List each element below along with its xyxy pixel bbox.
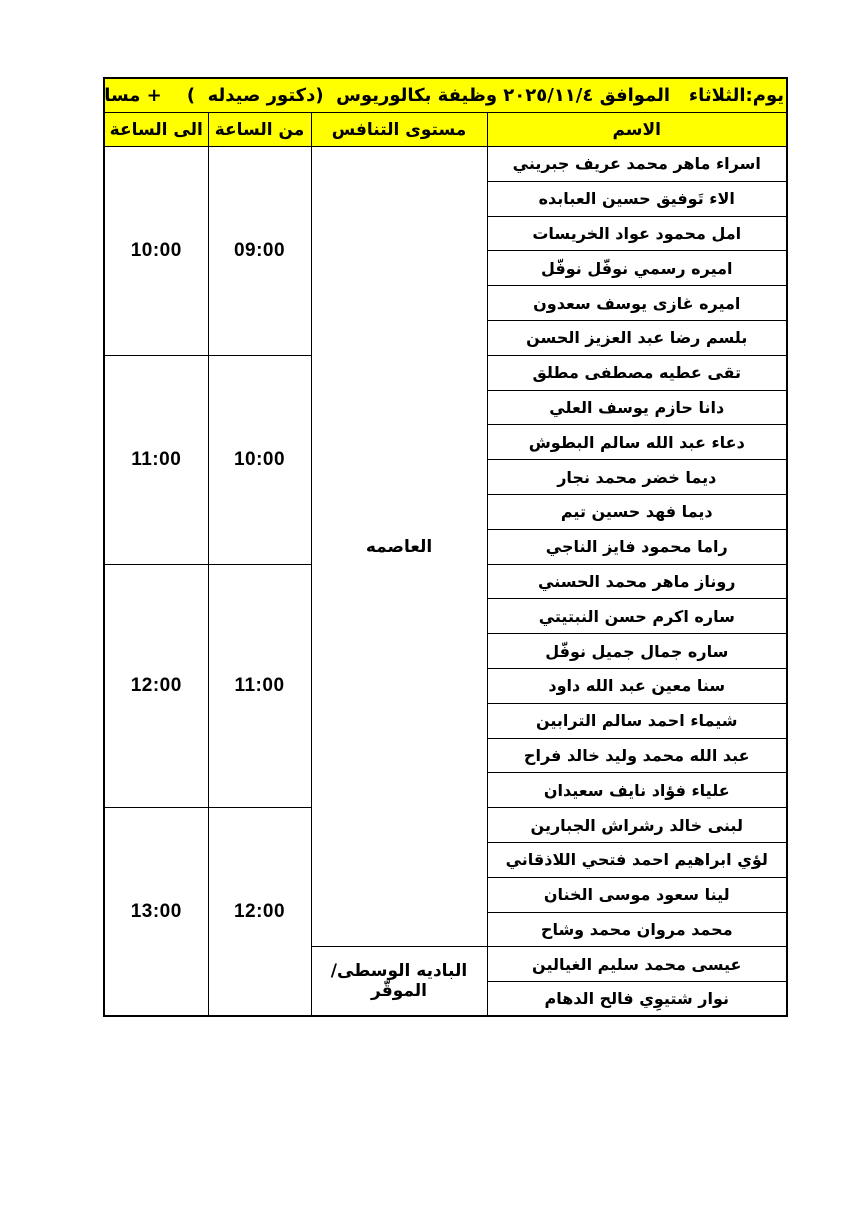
- name-cell: دانا حازم يوسف العلي: [487, 390, 787, 425]
- name-cell: محمد مروان محمد وشاح: [487, 912, 787, 947]
- table-row: اسراء ماهر محمد عريف جبريني العاصمه 09:0…: [104, 147, 787, 182]
- name-cell: ديما فهد حسين تيم: [487, 494, 787, 529]
- time-from-cell: 12:00: [208, 808, 311, 1017]
- column-header-row: الاسم مستوى التنافس من الساعة الى الساعة: [104, 113, 787, 147]
- name-cell: اسراء ماهر محمد عريف جبريني: [487, 147, 787, 182]
- name-cell: راما محمود فايز الناجي: [487, 529, 787, 564]
- name-cell: شيماء احمد سالم الترابين: [487, 703, 787, 738]
- name-cell: ديما خضر محمد نجار: [487, 460, 787, 495]
- name-cell: عبد الله محمد وليد خالد فراح: [487, 738, 787, 773]
- name-cell: ساره جمال جميل نوفّل: [487, 634, 787, 669]
- competition-level-cell: الباديه الوسطى/الموقّر: [311, 947, 487, 1017]
- column-header-name: الاسم: [487, 113, 787, 147]
- name-cell: تقى عطيه مصطفى مطلق: [487, 355, 787, 390]
- name-cell: سنا معين عبد الله داود: [487, 668, 787, 703]
- table-title: يوم:الثلاثاء الموافق ٢٠٢٥/١١/٤ وظيفة بكا…: [104, 78, 787, 113]
- name-cell: عيسى محمد سليم الغيالين: [487, 947, 787, 982]
- name-cell: الاء تَوفيق حسين العبابده: [487, 181, 787, 216]
- name-cell: لبنى خالد رشراش الجبارين: [487, 808, 787, 843]
- time-to-cell: 12:00: [104, 564, 208, 808]
- column-header-competition: مستوى التنافس: [311, 113, 487, 147]
- time-to-cell: 11:00: [104, 355, 208, 564]
- column-header-from: من الساعة: [208, 113, 311, 147]
- name-cell: امل محمود عواد الخريسات: [487, 216, 787, 251]
- name-cell: علياء فؤاد نايف سعيدان: [487, 773, 787, 808]
- time-from-cell: 11:00: [208, 564, 311, 808]
- time-to-cell: 13:00: [104, 808, 208, 1017]
- column-header-to: الى الساعة: [104, 113, 208, 147]
- time-from-cell: 09:00: [208, 147, 311, 356]
- name-cell: ساره اكرم حسن النبتيتي: [487, 599, 787, 634]
- name-cell: اميره غازى يوسف سعدون: [487, 286, 787, 321]
- name-cell: روناز ماهر محمد الحسني: [487, 564, 787, 599]
- name-cell: اميره رسمي نوفّل نوفّل: [487, 251, 787, 286]
- name-cell: بلسم رضا عبد العزيز الحسن: [487, 320, 787, 355]
- competition-level-cell: العاصمه: [311, 147, 487, 947]
- name-cell: نوار شتيوِي فالح الدهام: [487, 982, 787, 1017]
- time-from-cell: 10:00: [208, 355, 311, 564]
- name-cell: لينا سعود موسى الخنان: [487, 877, 787, 912]
- interview-schedule-table: يوم:الثلاثاء الموافق ٢٠٢٥/١١/٤ وظيفة بكا…: [103, 77, 788, 1017]
- document-page: يوم:الثلاثاء الموافق ٢٠٢٥/١١/٤ وظيفة بكا…: [0, 0, 850, 1210]
- time-to-cell: 10:00: [104, 147, 208, 356]
- name-cell: دعاء عبد الله سالم البطوش: [487, 425, 787, 460]
- name-cell: لؤي ابراهيم احمد فتحي اللاذقاني: [487, 842, 787, 877]
- title-row: يوم:الثلاثاء الموافق ٢٠٢٥/١١/٤ وظيفة بكا…: [104, 78, 787, 113]
